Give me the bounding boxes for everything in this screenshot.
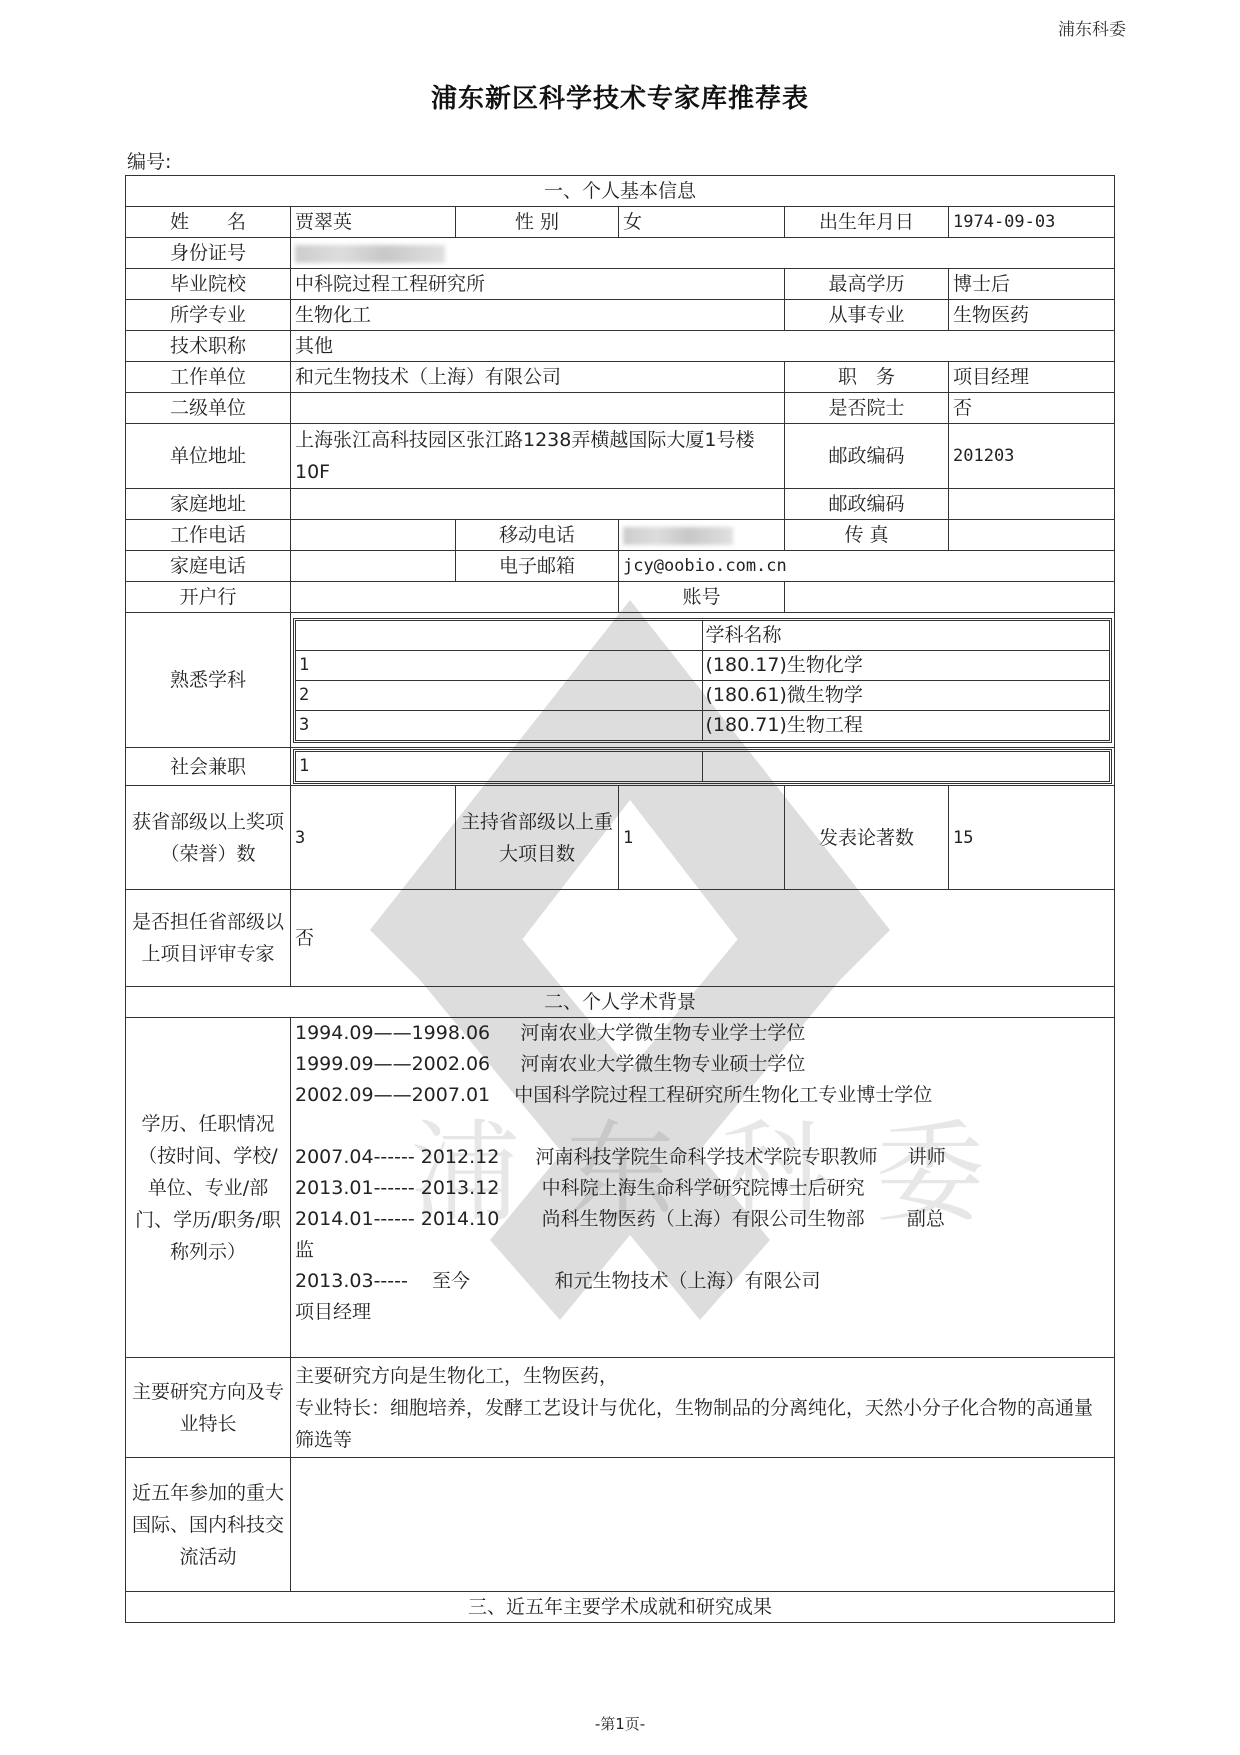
section-basic-info: 一、个人基本信息 bbox=[126, 176, 1115, 207]
gender-value[interactable]: 女 bbox=[619, 207, 785, 238]
serial-label: 编号: bbox=[127, 147, 171, 174]
discipline-index: 3 bbox=[296, 711, 703, 740]
social-index: 1 bbox=[296, 752, 703, 781]
table-row: 1 bbox=[296, 752, 1109, 781]
table-row: 3 (180.71)生物工程 bbox=[296, 711, 1109, 740]
disciplines-header-name: 学科名称 bbox=[703, 621, 1110, 651]
work-postcode-label: 邮政编码 bbox=[785, 424, 949, 489]
projects-label: 主持省部级以上重大项目数 bbox=[456, 786, 619, 890]
major-label: 所学专业 bbox=[126, 300, 291, 331]
reviewer-label: 是否担任省部级以上项目评审专家 bbox=[126, 890, 291, 987]
bank-label: 开户行 bbox=[126, 582, 291, 613]
position-value[interactable]: 项目经理 bbox=[949, 362, 1115, 393]
work-address-value[interactable]: 上海张江高科技园区张江路1238弄横越国际大厦1号楼10F bbox=[291, 424, 785, 489]
bank-value[interactable] bbox=[291, 582, 619, 613]
account-label: 账号 bbox=[619, 582, 785, 613]
disciplines-cell: 学科名称 1 (180.17)生物化学 2 (180.61)微生物学 3 (18… bbox=[291, 613, 1115, 748]
work-address-label: 单位地址 bbox=[126, 424, 291, 489]
projects-value[interactable]: 1 bbox=[619, 786, 785, 890]
history-line: 1999.09——2002.06 河南农业大学微生物专业硕士学位 bbox=[295, 1049, 1110, 1080]
research-value[interactable]: 主要研究方向是生物化工，生物医药， 专业特长：细胞培养，发酵工艺设计与优化，生物… bbox=[291, 1358, 1115, 1458]
social-cell: 1 bbox=[291, 748, 1115, 786]
position-label: 职 务 bbox=[785, 362, 949, 393]
history-line: 1994.09——1998.06 河南农业大学微生物专业学士学位 bbox=[295, 1018, 1110, 1049]
employer-label: 工作单位 bbox=[126, 362, 291, 393]
discipline-name[interactable]: (180.71)生物工程 bbox=[703, 711, 1110, 740]
degree-label: 最高学历 bbox=[785, 269, 949, 300]
academician-label: 是否院士 bbox=[785, 393, 949, 424]
home-postcode-label: 邮政编码 bbox=[785, 489, 949, 520]
discipline-index: 1 bbox=[296, 651, 703, 681]
section-academic-background: 二、个人学术背景 bbox=[126, 987, 1115, 1018]
page-title: 浦东新区科学技术专家库推荐表 bbox=[0, 78, 1240, 115]
dob-value[interactable]: 1974-09-03 bbox=[949, 207, 1115, 238]
history-label: 学历、任职情况（按时间、学校/单位、专业/部门、学历/职务/职称列示） bbox=[126, 1018, 291, 1358]
history-line: 2013.01------ 2013.12 中科院上海生命科学研究院博士后研究 bbox=[295, 1173, 1110, 1204]
home-address-label: 家庭地址 bbox=[126, 489, 291, 520]
papers-label: 发表论著数 bbox=[785, 786, 949, 890]
reviewer-value[interactable]: 否 bbox=[291, 890, 1115, 987]
history-line: 监 bbox=[295, 1235, 1110, 1266]
discipline-name[interactable]: (180.17)生物化学 bbox=[703, 651, 1110, 681]
discipline-name[interactable]: (180.61)微生物学 bbox=[703, 681, 1110, 711]
disciplines-header-index bbox=[296, 621, 703, 651]
sub-unit-label: 二级单位 bbox=[126, 393, 291, 424]
name-label: 姓 名 bbox=[126, 207, 291, 238]
history-line: 2007.04------ 2012.12 河南科技学院生命科学技术学院专职教师… bbox=[295, 1142, 1110, 1173]
tech-title-value[interactable]: 其他 bbox=[291, 331, 1115, 362]
section-achievements: 三、近五年主要学术成就和研究成果 bbox=[126, 1592, 1115, 1623]
field-label: 从事专业 bbox=[785, 300, 949, 331]
history-line: 2013.03----- 至今 和元生物技术（上海）有限公司 bbox=[295, 1266, 1110, 1297]
employer-value[interactable]: 和元生物技术（上海）有限公司 bbox=[291, 362, 785, 393]
exchange-label: 近五年参加的重大国际、国内科技交流活动 bbox=[126, 1458, 291, 1592]
social-value[interactable] bbox=[703, 752, 1110, 781]
home-postcode-value[interactable] bbox=[949, 489, 1115, 520]
work-postcode-value[interactable]: 201203 bbox=[949, 424, 1115, 489]
history-value[interactable]: 1994.09——1998.06 河南农业大学微生物专业学士学位 1999.09… bbox=[291, 1018, 1115, 1358]
recommendation-form-table: 一、个人基本信息 姓 名 贾翠英 性 别 女 出生年月日 1974-09-03 … bbox=[125, 175, 1115, 1623]
home-address-value[interactable] bbox=[291, 489, 785, 520]
redacted-id bbox=[295, 245, 445, 263]
school-label: 毕业院校 bbox=[126, 269, 291, 300]
table-row: 1 (180.17)生物化学 bbox=[296, 651, 1109, 681]
fax-label: 传 真 bbox=[785, 520, 949, 551]
gender-label: 性 别 bbox=[456, 207, 619, 238]
history-line bbox=[295, 1111, 1110, 1142]
home-phone-label: 家庭电话 bbox=[126, 551, 291, 582]
email-value[interactable]: jcy@oobio.com.cn bbox=[619, 551, 1115, 582]
history-line: 2014.01------ 2014.10 尚科生物医药（上海）有限公司生物部 … bbox=[295, 1204, 1110, 1235]
work-phone-value[interactable] bbox=[291, 520, 456, 551]
table-row: 2 (180.61)微生物学 bbox=[296, 681, 1109, 711]
major-value[interactable]: 生物化工 bbox=[291, 300, 785, 331]
fax-value[interactable] bbox=[949, 520, 1115, 551]
exchange-value[interactable] bbox=[291, 1458, 1115, 1592]
mobile-value[interactable] bbox=[619, 520, 785, 551]
papers-value[interactable]: 15 bbox=[949, 786, 1115, 890]
id-value[interactable] bbox=[291, 238, 1115, 269]
name-value[interactable]: 贾翠英 bbox=[291, 207, 456, 238]
discipline-index: 2 bbox=[296, 681, 703, 711]
home-phone-value[interactable] bbox=[291, 551, 456, 582]
email-label: 电子邮箱 bbox=[456, 551, 619, 582]
field-value[interactable]: 生物医药 bbox=[949, 300, 1115, 331]
social-table: 1 bbox=[295, 751, 1110, 782]
work-phone-label: 工作电话 bbox=[126, 520, 291, 551]
degree-value[interactable]: 博士后 bbox=[949, 269, 1115, 300]
school-value[interactable]: 中科院过程工程研究所 bbox=[291, 269, 785, 300]
page-number: -第1页- bbox=[0, 1713, 1240, 1734]
research-label: 主要研究方向及专业特长 bbox=[126, 1358, 291, 1458]
mobile-label: 移动电话 bbox=[456, 520, 619, 551]
redacted-mobile bbox=[623, 527, 733, 545]
social-label: 社会兼职 bbox=[126, 748, 291, 786]
awards-label: 获省部级以上奖项（荣誉）数 bbox=[126, 786, 291, 890]
history-line: 2002.09——2007.01 中国科学院过程工程研究所生物化工专业博士学位 bbox=[295, 1080, 1110, 1111]
tech-title-label: 技术职称 bbox=[126, 331, 291, 362]
awards-value[interactable]: 3 bbox=[291, 786, 456, 890]
research-specialty: 专业特长：细胞培养，发酵工艺设计与优化，生物制品的分离纯化，天然小分子化合物的高… bbox=[295, 1392, 1110, 1456]
research-direction: 主要研究方向是生物化工，生物医药， bbox=[295, 1360, 1110, 1392]
academician-value[interactable]: 否 bbox=[949, 393, 1115, 424]
disciplines-table: 学科名称 1 (180.17)生物化学 2 (180.61)微生物学 3 (18… bbox=[295, 620, 1110, 741]
account-value[interactable] bbox=[785, 582, 1115, 613]
dob-label: 出生年月日 bbox=[785, 207, 949, 238]
disciplines-label: 熟悉学科 bbox=[126, 613, 291, 748]
history-line: 项目经理 bbox=[295, 1297, 1110, 1328]
disciplines-header-row: 学科名称 bbox=[296, 621, 1109, 651]
sub-unit-value[interactable] bbox=[291, 393, 785, 424]
id-label: 身份证号 bbox=[126, 238, 291, 269]
header-org: 浦东科委 bbox=[1058, 15, 1126, 40]
